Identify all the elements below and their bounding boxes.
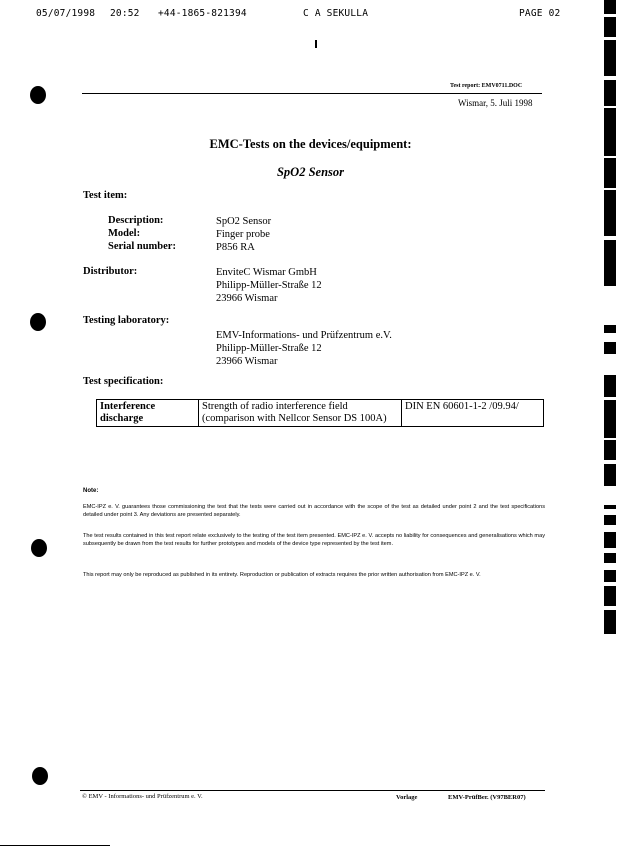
distributor-street: Philipp-Müller-Straße 12	[216, 279, 322, 292]
laboratory-name: EMV-Informations- und Prüfzentrum e.V.	[216, 329, 392, 342]
scan-mark	[315, 40, 317, 48]
punch-hole	[32, 767, 48, 785]
place-date: Wismar, 5. Juli 1998	[458, 98, 533, 108]
laboratory-city: 23966 Wismar	[216, 355, 278, 368]
serial-number-label: Serial number:	[108, 241, 176, 252]
spec-test-type: Interference discharge	[97, 400, 199, 427]
note-paragraph: The test results contained in this test …	[83, 533, 545, 548]
model-label: Model:	[108, 228, 140, 239]
distributor-label: Distributor:	[83, 266, 137, 277]
spec-test-description: Strength of radio interference field (co…	[199, 400, 402, 427]
fax-page: PAGE 02	[519, 8, 560, 19]
table-row: Interference discharge Strength of radio…	[97, 400, 544, 427]
test-specification-table: Interference discharge Strength of radio…	[96, 399, 544, 427]
spec-standard: DIN EN 60601-1-2 /09.94/	[402, 400, 544, 427]
serial-number-value: P856 RA	[216, 241, 255, 254]
note-paragraph: EMC-IPZ e. V. guarantees those commissio…	[83, 504, 545, 519]
fax-date: 05/07/1998	[36, 8, 95, 19]
description-value: SpO2 Sensor	[216, 215, 271, 228]
punch-hole	[31, 539, 47, 557]
fax-phone: +44-1865-821394	[158, 8, 247, 19]
fax-sender: C A SEKULLA	[303, 8, 368, 19]
footer-copyright: © EMV - Informations- und Prüfzentrum e.…	[82, 793, 203, 800]
header-rule	[82, 93, 542, 94]
punch-hole	[30, 313, 46, 331]
testing-laboratory-label: Testing laboratory:	[83, 315, 169, 326]
test-item-heading: Test item:	[83, 190, 127, 201]
footer-document-id: EMV-PrüfBer. (V97BER07)	[448, 794, 526, 801]
document-title: EMC-Tests on the devices/equipment:	[0, 137, 621, 152]
fax-time: 20:52	[110, 8, 140, 19]
note-paragraph: This report may only be reproduced as pu…	[83, 572, 545, 580]
document-subtitle: SpO2 Sensor	[0, 165, 621, 180]
description-label: Description:	[108, 215, 163, 226]
report-reference: Test report: EMV0711.DOC	[450, 83, 522, 89]
distributor-name: EnviteC Wismar GmbH	[216, 266, 317, 279]
distributor-city: 23966 Wismar	[216, 292, 278, 305]
model-value: Finger probe	[216, 228, 270, 241]
footer-rule	[80, 790, 545, 791]
bottom-edge-rule	[0, 845, 110, 846]
laboratory-street: Philipp-Müller-Straße 12	[216, 342, 322, 355]
note-heading: Note:	[83, 488, 98, 494]
footer-template-label: Vorlage	[396, 794, 417, 801]
punch-hole	[30, 86, 46, 104]
test-specification-heading: Test specification:	[83, 376, 163, 387]
